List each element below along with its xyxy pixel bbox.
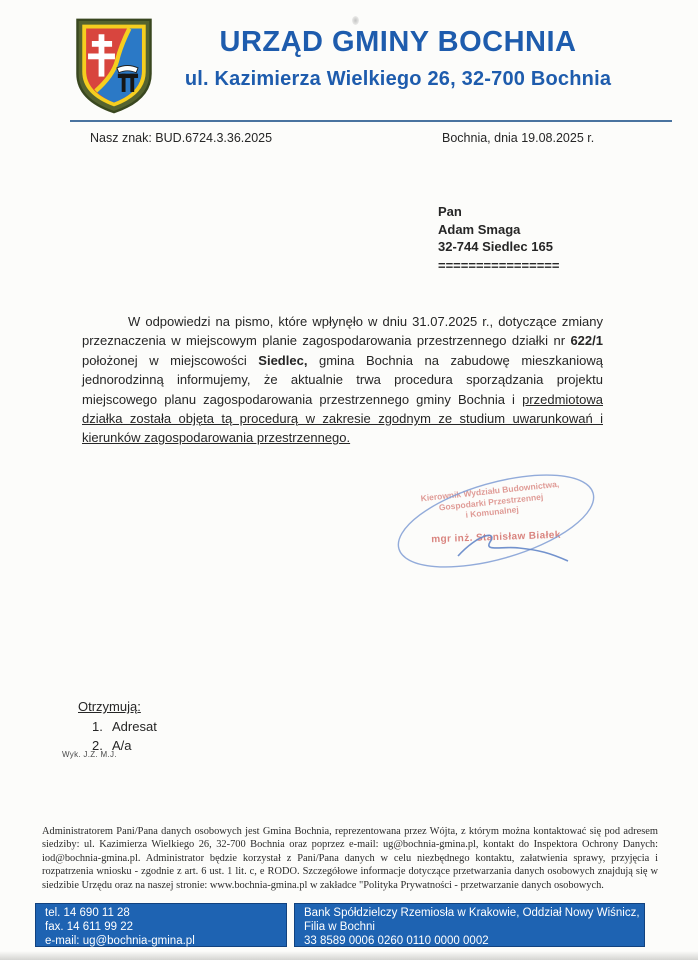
recipient-block: Pan Adam Smaga 32-744 Siedlec 165 ======… [438, 203, 559, 274]
body-text: W odpowiedzi na pismo, które wpłynęło w … [82, 314, 603, 348]
recipient-address: 32-744 Siedlec 165 [438, 238, 559, 256]
distribution-list: Otrzymują: 1.Adresat 2.A/a [78, 697, 157, 756]
body-text: położonej w miejscowości [82, 353, 258, 368]
stamp-and-signature: Kierownik Wydziału Budownictwa, Gospodar… [392, 458, 604, 590]
header-divider [70, 120, 672, 122]
organization-address: ul. Kazimierza Wielkiego 26, 32-700 Boch… [120, 68, 676, 91]
footer-email: e-mail: ug@bochnia-gmina.pl [45, 935, 286, 949]
letter-body: W odpowiedzi na pismo, które wpłynęło w … [82, 312, 603, 448]
item-number: 1. [92, 717, 112, 737]
footer-bar: tel. 14 690 11 28 fax. 14 611 99 22 e-ma… [0, 903, 698, 949]
footer-contact-block: tel. 14 690 11 28 fax. 14 611 99 22 e-ma… [35, 903, 287, 947]
privacy-gdpr-note: Administratorem Pani/Pana danych osobowy… [42, 825, 658, 892]
footer-bank-name: Bank Spółdzielczy Rzemiosła w Krakowie, … [304, 907, 644, 921]
footer-phone: tel. 14 690 11 28 [45, 907, 286, 921]
footer-bank-account: 33 8589 0006 0260 0110 0000 0002 [304, 935, 644, 949]
body-parcel-number: 622/1 [570, 333, 603, 348]
reference-number: Nasz znak: BUD.6724.3.36.2025 [90, 131, 272, 145]
signature-ink-icon [392, 458, 604, 590]
prepared-by-note: Wyk. J.Z. M.J. [62, 750, 117, 759]
distribution-heading: Otrzymują: [78, 697, 157, 717]
footer-fax: fax. 14 611 99 22 [45, 921, 286, 935]
recipient-salutation: Pan [438, 203, 559, 221]
scan-speck [352, 16, 359, 25]
scanned-letter-page: URZĄD GMINY BOCHNIA ul. Kazimierza Wielk… [0, 0, 698, 960]
footer-bank-branch: Filia w Bochni [304, 921, 644, 935]
recipient-name: Adam Smaga [438, 221, 559, 239]
organization-name: URZĄD GMINY BOCHNIA [120, 26, 676, 59]
recipient-separator: ================ [438, 257, 559, 275]
item-label: Adresat [112, 719, 157, 734]
letter-place-date: Bochnia, dnia 19.08.2025 r. [442, 131, 594, 145]
scan-edge-shadow [0, 951, 698, 960]
letterhead: URZĄD GMINY BOCHNIA ul. Kazimierza Wielk… [120, 26, 676, 91]
distribution-item: 1.Adresat [92, 717, 157, 737]
footer-bank-block: Bank Spółdzielczy Rzemiosła w Krakowie, … [294, 903, 645, 947]
body-locality: Siedlec, [258, 353, 307, 368]
